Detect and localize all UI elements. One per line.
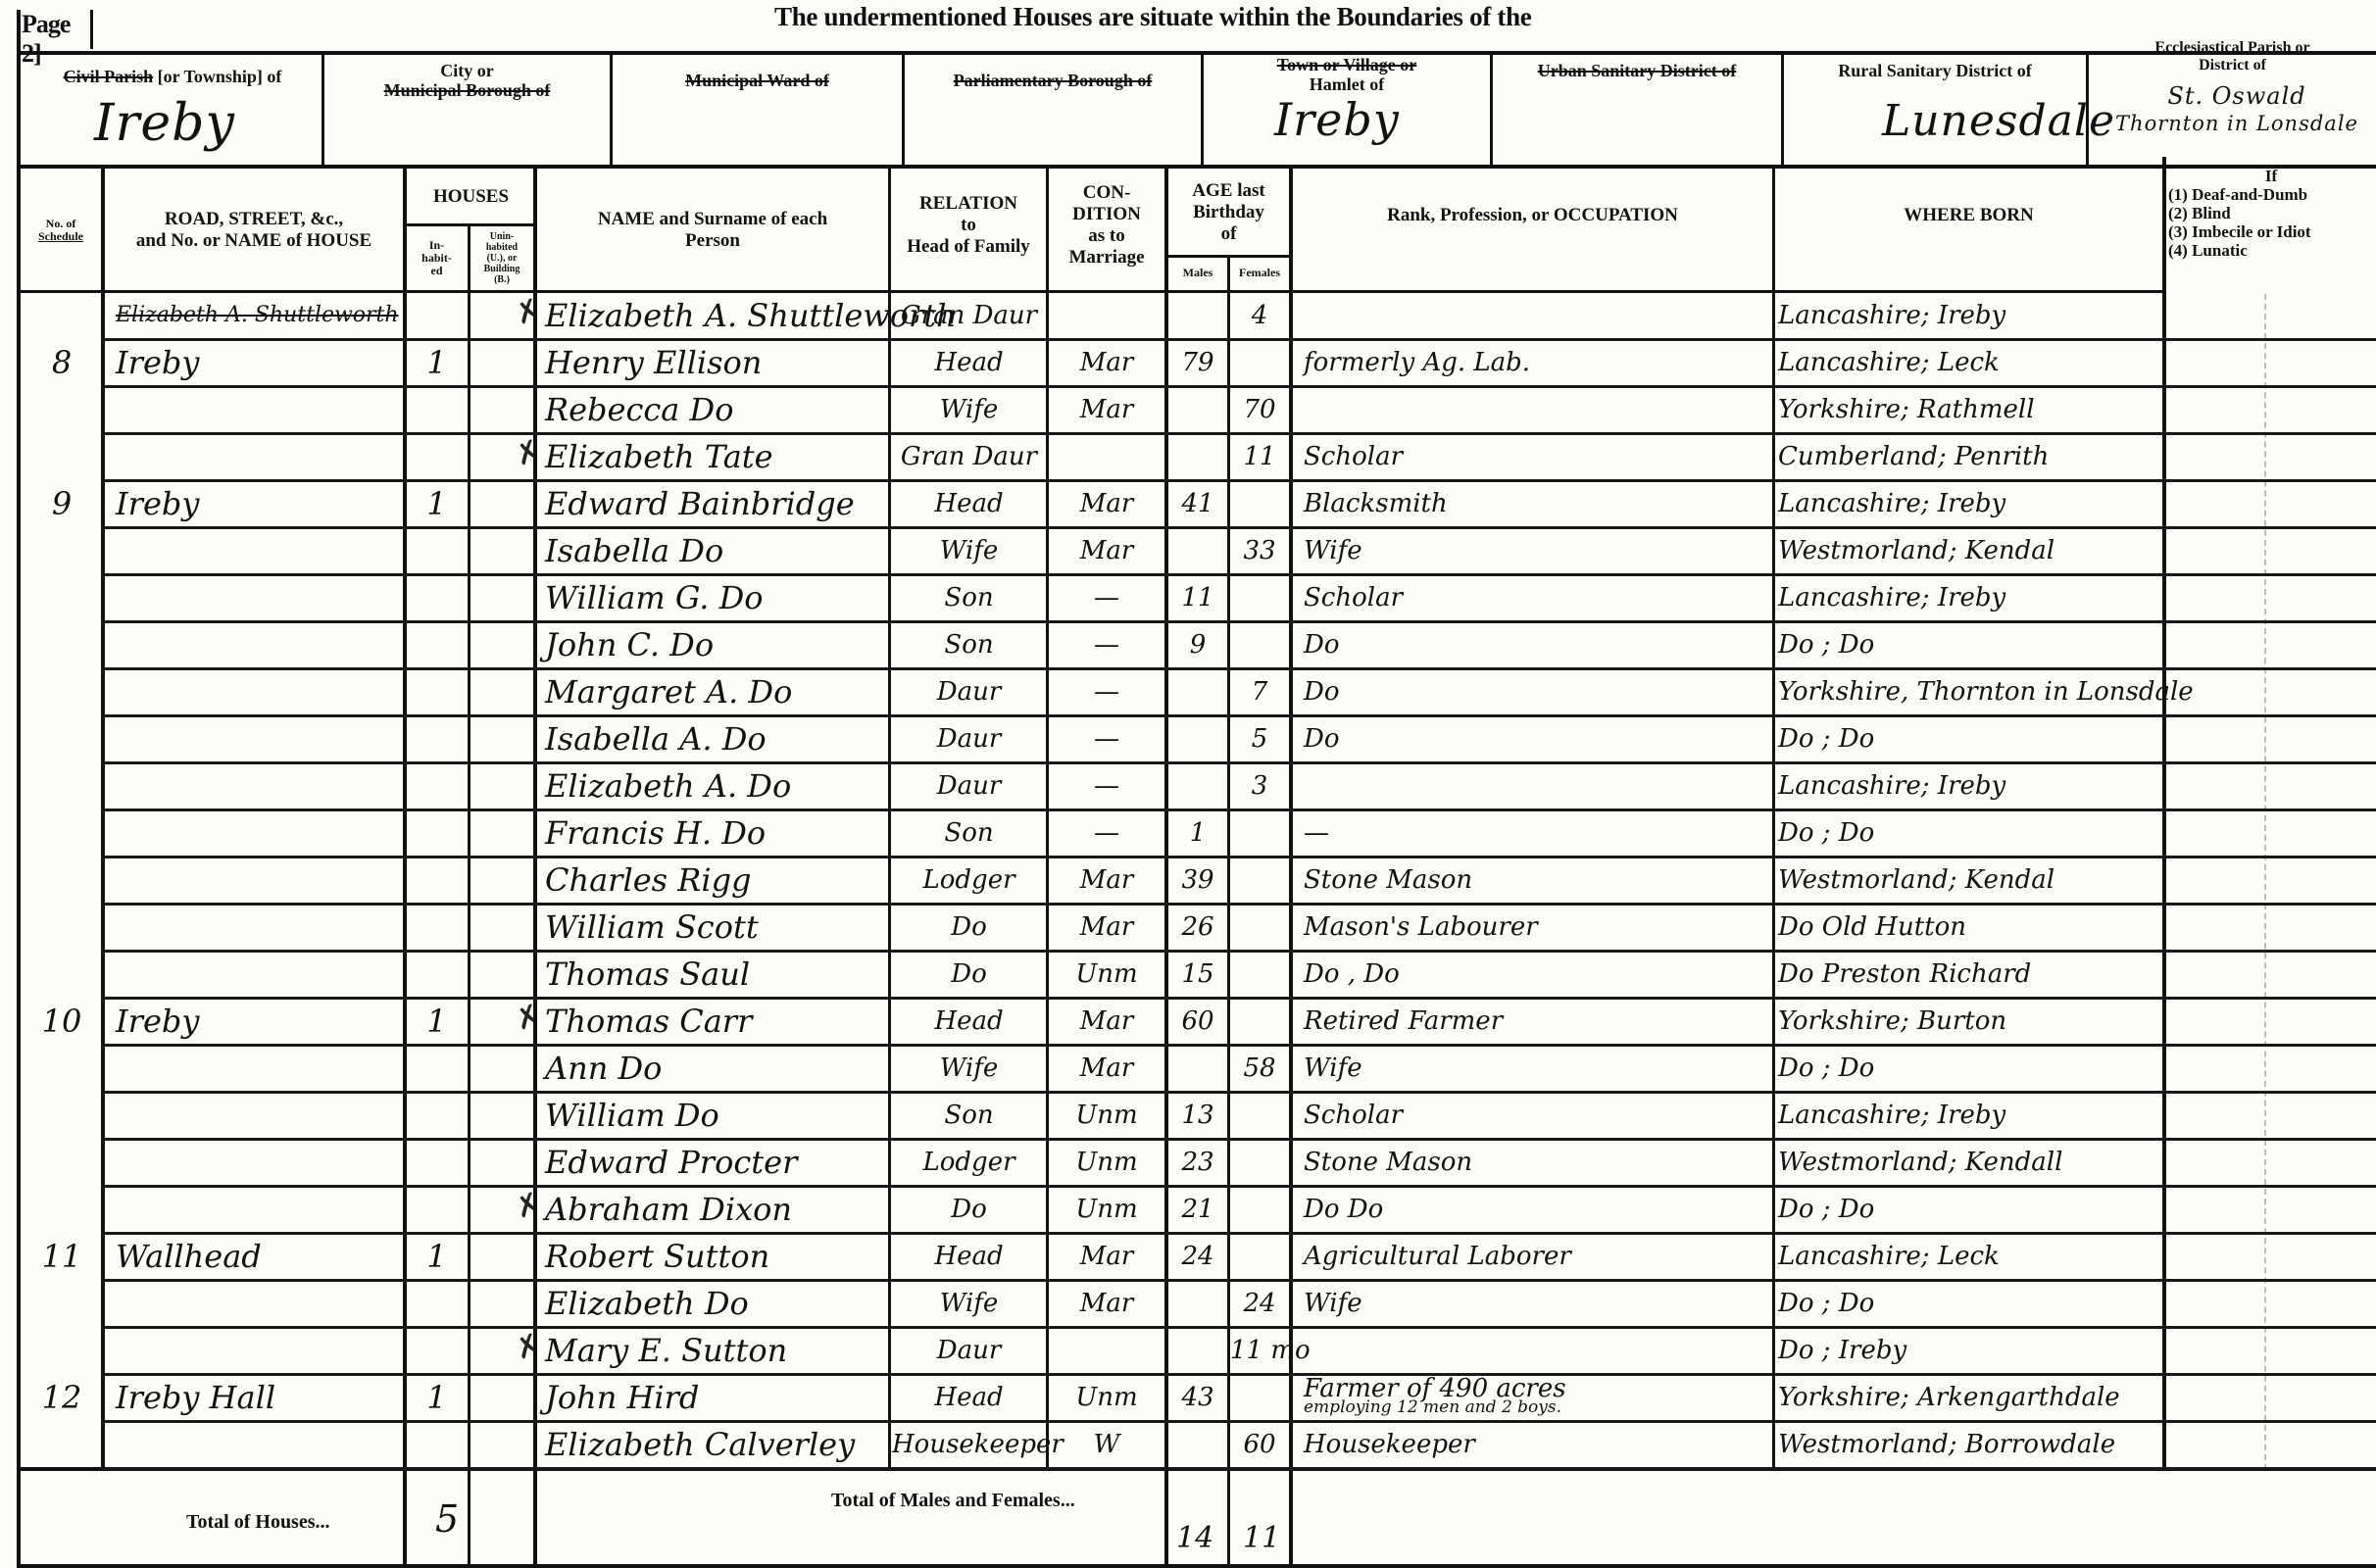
row-schedule — [24, 763, 100, 810]
row-condition: Unm — [1049, 1187, 1164, 1234]
row-female-age — [1230, 1234, 1289, 1281]
row-occupation: Mason's Labourer — [1304, 905, 1772, 952]
row-where-born: Westmorland; Kendall — [1778, 1140, 2162, 1187]
row-occupation: Wife — [1304, 528, 1772, 575]
row-road: Ireby — [116, 999, 400, 1046]
col-uninhabited-l2: habited — [486, 242, 518, 253]
row-schedule — [24, 952, 100, 999]
row-name: Thomas Saul — [545, 952, 888, 999]
row-name: Edward Procter — [545, 1140, 888, 1187]
row-schedule — [24, 293, 100, 340]
row-occupation: — — [1304, 810, 1772, 857]
row-female-age: 60 — [1230, 1422, 1289, 1469]
row-name: Elizabeth Do — [545, 1281, 888, 1328]
row-road — [116, 669, 400, 716]
row-name: Charles Rigg — [545, 857, 888, 905]
municipal-ward-label: Municipal Ward of — [613, 71, 902, 90]
row-relation: Head — [892, 1375, 1046, 1422]
row-schedule: 8 — [24, 340, 100, 387]
town-value: Ireby — [1274, 93, 1400, 146]
row-occupation: Housekeeper — [1304, 1422, 1772, 1469]
col-header-uninhabited: Unin- habited (U.), or Building (B.) — [470, 227, 533, 288]
total-males-value: 14 — [1176, 1521, 1213, 1555]
rule — [1772, 167, 1775, 1470]
row-inhabited — [406, 1093, 468, 1140]
row-condition: Mar — [1049, 528, 1164, 575]
row-schedule — [24, 669, 100, 716]
row-name: Robert Sutton — [545, 1234, 888, 1281]
row-condition: — — [1049, 716, 1164, 763]
row-relation: Daur — [892, 716, 1046, 763]
row-where-born: Do Old Hutton — [1778, 905, 2162, 952]
row-male-age: 9 — [1168, 622, 1227, 669]
row-condition — [1049, 1328, 1164, 1375]
col-header-relation: RELATION to Head of Family — [891, 186, 1046, 265]
row-road — [116, 528, 400, 575]
ecclesiastical-line1: Ecclesiastical Parish or — [2089, 39, 2376, 57]
row-schedule — [24, 1140, 100, 1187]
row-name: Thomas Carr — [545, 999, 888, 1046]
row-schedule — [24, 905, 100, 952]
row-female-age — [1230, 1140, 1289, 1187]
row-occupation — [1304, 763, 1772, 810]
urban-sanitary-text: Urban Sanitary District of — [1538, 61, 1736, 80]
row-inhabited: 1 — [406, 340, 468, 387]
col-condition-l3: as to — [1088, 225, 1124, 247]
rule — [20, 165, 2376, 169]
row-schedule — [24, 1093, 100, 1140]
total-persons-label: Total of Males and Females... — [831, 1490, 1075, 1512]
row-inhabited — [406, 1328, 468, 1375]
row-road: Wallhead — [116, 1234, 400, 1281]
row-female-age: 11 mo — [1230, 1328, 1289, 1375]
row-schedule — [24, 1328, 100, 1375]
row-inhabited — [406, 1422, 468, 1469]
row-inhabited — [406, 716, 468, 763]
row-name: Isabella Do — [545, 528, 888, 575]
row-schedule — [24, 434, 100, 481]
col-header-name: NAME and Surname of each Person — [537, 196, 888, 265]
row-name: Margaret A. Do — [545, 669, 888, 716]
row-road — [116, 905, 400, 952]
row-condition: Unm — [1049, 1375, 1164, 1422]
row-name: Elizabeth Calverley — [545, 1422, 888, 1469]
civil-parish-rest: [or Township] of — [158, 67, 282, 86]
row-where-born: Westmorland; Borrowdale — [1778, 1422, 2162, 1469]
row-occupation: Agricultural Laborer — [1304, 1234, 1772, 1281]
row-occupation: Do — [1304, 716, 1772, 763]
row-occupation: Stone Mason — [1304, 1140, 1772, 1187]
infirmity-2: (2) Blind — [2168, 204, 2374, 222]
col-condition-l1: CON- — [1083, 182, 1131, 204]
row-occupation: Stone Mason — [1304, 857, 1772, 905]
row-male-age: 41 — [1168, 481, 1227, 528]
row-name: John Hird — [545, 1375, 888, 1422]
row-occupation: Scholar — [1304, 434, 1772, 481]
row-condition: — — [1049, 810, 1164, 857]
row-name: Mary E. Sutton — [545, 1328, 888, 1375]
row-male-age — [1168, 434, 1227, 481]
col-header-infirmity: If (1) Deaf-and-Dumb (2) Blind (3) Imbec… — [2168, 167, 2374, 260]
row-where-born: Do ; Do — [1778, 622, 2162, 669]
row-road — [116, 1328, 400, 1375]
row-where-born: Do ; Do — [1778, 1281, 2162, 1328]
row-name: William Scott — [545, 905, 888, 952]
row-inhabited — [406, 1046, 468, 1093]
col-inhabited-l1: In- — [429, 239, 444, 252]
row-where-born: Do Preston Richard — [1778, 952, 2162, 999]
row-female-age — [1230, 952, 1289, 999]
row-male-age — [1168, 1281, 1227, 1328]
row-relation: Gran Daur — [892, 293, 1046, 340]
row-female-age: 11 — [1230, 434, 1289, 481]
civil-parish-value: Ireby — [94, 94, 235, 153]
total-houses-value: 5 — [435, 1497, 459, 1541]
col-name-line2: Person — [685, 230, 740, 252]
row-where-born: Yorkshire; Burton — [1778, 999, 2162, 1046]
row-female-age — [1230, 1187, 1289, 1234]
row-inhabited — [406, 528, 468, 575]
row-female-age: 7 — [1230, 669, 1289, 716]
row-inhabited — [406, 1187, 468, 1234]
row-male-age — [1168, 1328, 1227, 1375]
row-male-age: 26 — [1168, 905, 1227, 952]
row-inhabited — [406, 857, 468, 905]
row-schedule: 10 — [24, 999, 100, 1046]
row-where-born: Do ; Ireby — [1778, 1328, 2162, 1375]
row-schedule — [24, 387, 100, 434]
city-label-line2: Municipal Borough of — [324, 80, 610, 100]
row-relation: Daur — [892, 669, 1046, 716]
row-schedule — [24, 575, 100, 622]
row-condition: Mar — [1049, 999, 1164, 1046]
tick-mark-icon: ✗ — [511, 1186, 546, 1226]
col-age-l3: of — [1221, 223, 1237, 245]
row-male-age: 39 — [1168, 857, 1227, 905]
row-relation: Head — [892, 340, 1046, 387]
row-inhabited — [406, 810, 468, 857]
row-where-born: Lancashire; Ireby — [1778, 293, 2162, 340]
row-condition: Unm — [1049, 952, 1164, 999]
row-condition: W — [1049, 1422, 1164, 1469]
row-road: Ireby Hall — [116, 1375, 400, 1422]
row-relation: Head — [892, 1234, 1046, 1281]
row-condition — [1049, 293, 1164, 340]
rule — [2162, 157, 2166, 1470]
row-inhabited — [406, 293, 468, 340]
col-header-inhabited: In- habit- ed — [406, 227, 468, 288]
city-label: City or Municipal Borough of — [324, 61, 610, 100]
row-where-born: Yorkshire; Rathmell — [1778, 387, 2162, 434]
rule — [101, 167, 105, 1470]
row-condition: — — [1049, 763, 1164, 810]
row-condition: Mar — [1049, 481, 1164, 528]
col-uninhabited-l1: Unin- — [490, 231, 514, 242]
row-where-born: Lancashire; Ireby — [1778, 575, 2162, 622]
row-road — [116, 1422, 400, 1469]
rule — [403, 223, 536, 226]
row-where-born: Cumberland; Penrith — [1778, 434, 2162, 481]
row-relation: Do — [892, 905, 1046, 952]
col-header-schedule: No. of Schedule — [21, 196, 101, 265]
col-uninhabited-l4: Building — [484, 264, 520, 274]
row-occupation: Wife — [1304, 1046, 1772, 1093]
row-female-age: 24 — [1230, 1281, 1289, 1328]
row-inhabited — [406, 434, 468, 481]
rule — [468, 225, 470, 1568]
row-male-age — [1168, 387, 1227, 434]
row-name: Edward Bainbridge — [545, 481, 888, 528]
row-road — [116, 1140, 400, 1187]
rule — [20, 51, 2376, 55]
row-relation: Son — [892, 622, 1046, 669]
row-relation: Son — [892, 575, 1046, 622]
row-inhabited — [406, 387, 468, 434]
row-where-born: Do ; Do — [1778, 1187, 2162, 1234]
infirmity-if: If — [2168, 167, 2374, 185]
row-name: Isabella A. Do — [545, 716, 888, 763]
row-schedule — [24, 716, 100, 763]
row-relation: Head — [892, 999, 1046, 1046]
tick-mark-icon: ✗ — [511, 433, 546, 473]
infirmity-3: (3) Imbecile or Idiot — [2168, 222, 2374, 241]
town-label: Town or Village or Hamlet of — [1204, 55, 1490, 94]
col-relation-l3: Head of Family — [907, 236, 1030, 258]
row-road: Ireby — [116, 340, 400, 387]
row-where-born: Yorkshire, Thornton in Lonsdale — [1778, 669, 2162, 716]
row-occupation: Do — [1304, 622, 1772, 669]
row-road — [116, 1187, 400, 1234]
row-female-age: 70 — [1230, 387, 1289, 434]
row-male-age — [1168, 669, 1227, 716]
col-uninhabited-l5: (B.) — [494, 274, 510, 285]
row-relation: Daur — [892, 763, 1046, 810]
row-inhabited: 1 — [406, 481, 468, 528]
town-label-line1: Town or Village or — [1204, 55, 1490, 74]
total-houses-label: Total of Houses... — [186, 1511, 330, 1534]
row-female-age — [1230, 1375, 1289, 1422]
col-header-road: ROAD, STREET, &c., and No. or NAME of HO… — [105, 196, 403, 265]
row-name: Abraham Dixon — [545, 1187, 888, 1234]
row-female-age — [1230, 857, 1289, 905]
city-label-line1: City or — [324, 61, 610, 80]
col-header-where-born: WHERE BORN — [1775, 186, 2162, 245]
row-name: Elizabeth A. Do — [545, 763, 888, 810]
row-road — [116, 387, 400, 434]
row-relation: Son — [892, 810, 1046, 857]
row-occupation — [1304, 293, 1772, 340]
rural-sanitary-text: Rural Sanitary District of — [1838, 61, 2031, 80]
municipal-ward-text: Municipal Ward of — [685, 71, 829, 90]
row-female-age — [1230, 999, 1289, 1046]
row-road — [116, 810, 400, 857]
row-inhabited — [406, 905, 468, 952]
row-name: Elizabeth A. Shuttleworth — [545, 293, 888, 340]
row-condition: Mar — [1049, 1234, 1164, 1281]
row-where-born: Lancashire; Leck — [1778, 340, 2162, 387]
row-where-born: Westmorland; Kendal — [1778, 528, 2162, 575]
row-occupation: Blacksmith — [1304, 481, 1772, 528]
row-condition: Mar — [1049, 1046, 1164, 1093]
row-male-age: 21 — [1168, 1187, 1227, 1234]
row-female-age: 3 — [1230, 763, 1289, 810]
row-name: Francis H. Do — [545, 810, 888, 857]
ecclesiastical-value-line2: Thornton in Lonsdale — [2098, 110, 2376, 137]
rule — [1164, 255, 1292, 258]
row-occupation: Wife — [1304, 1281, 1772, 1328]
row-male-age — [1168, 528, 1227, 575]
row-road — [116, 1046, 400, 1093]
row-condition: Mar — [1049, 387, 1164, 434]
col-relation-l2: to — [961, 215, 976, 236]
col-header-females: Females — [1230, 259, 1289, 286]
row-name: William G. Do — [545, 575, 888, 622]
row-male-age: 79 — [1168, 340, 1227, 387]
row-inhabited — [406, 763, 468, 810]
row-relation: Do — [892, 952, 1046, 999]
row-schedule — [24, 810, 100, 857]
row-name: Henry Ellison — [545, 340, 888, 387]
ecclesiastical-label: Ecclesiastical Parish or District of — [2089, 39, 2376, 74]
col-header-houses: HOUSES — [406, 172, 536, 221]
row-male-age: 24 — [1168, 1234, 1227, 1281]
row-relation: Lodger — [892, 857, 1046, 905]
row-occupation: Scholar — [1304, 1093, 1772, 1140]
row-male-age — [1168, 1422, 1227, 1469]
row-schedule — [24, 1281, 100, 1328]
row-occupation: Do , Do — [1304, 952, 1772, 999]
col-header-age: AGE last Birthday of — [1168, 172, 1289, 253]
col-schedule-line2: Schedule — [38, 230, 83, 243]
row-name: William Do — [545, 1093, 888, 1140]
ecclesiastical-value: St. Oswald Thornton in Lonsdale — [2098, 82, 2376, 137]
rural-sanitary-label: Rural Sanitary District of — [1784, 61, 2086, 80]
civil-parish-struck: Civil Parish — [64, 67, 154, 86]
row-occupation: Do Do — [1304, 1187, 1772, 1234]
row-male-age: 23 — [1168, 1140, 1227, 1187]
rule — [20, 1564, 2376, 1568]
parliamentary-borough-label: Parliamentary Borough of — [905, 71, 1201, 90]
row-where-born: Do ; Do — [1778, 1046, 2162, 1093]
row-name: Rebecca Do — [545, 387, 888, 434]
row-road — [116, 716, 400, 763]
ecclesiastical-line2: District of — [2089, 57, 2376, 74]
row-schedule — [24, 528, 100, 575]
tick-mark-icon: ✗ — [511, 998, 546, 1038]
row-name: Elizabeth Tate — [545, 434, 888, 481]
row-male-age: 60 — [1168, 999, 1227, 1046]
infirmity-1: (1) Deaf-and-Dumb — [2168, 185, 2374, 204]
row-male-age: 11 — [1168, 575, 1227, 622]
row-road — [116, 857, 400, 905]
row-road — [116, 434, 400, 481]
row-road — [116, 622, 400, 669]
row-schedule — [24, 1422, 100, 1469]
row-schedule — [24, 1046, 100, 1093]
col-header-condition: CON- DITION as to Marriage — [1049, 176, 1164, 274]
row-condition: Unm — [1049, 1140, 1164, 1187]
row-relation: Do — [892, 1187, 1046, 1234]
row-road — [116, 952, 400, 999]
page-label: Page 2] — [22, 10, 93, 49]
row-inhabited — [406, 1140, 468, 1187]
infirmity-4: (4) Lunatic — [2168, 241, 2374, 260]
row-inhabited — [406, 952, 468, 999]
row-male-age: 15 — [1168, 952, 1227, 999]
col-inhabited-l3: ed — [431, 265, 443, 277]
col-uninhabited-l3: (U.), or — [487, 253, 518, 264]
row-female-age — [1230, 340, 1289, 387]
total-females-value: 11 — [1243, 1521, 1280, 1555]
row-where-born: Lancashire; Ireby — [1778, 763, 2162, 810]
row-condition: — — [1049, 622, 1164, 669]
row-occupation: formerly Ag. Lab. — [1304, 340, 1772, 387]
row-road — [116, 575, 400, 622]
row-condition: Mar — [1049, 1281, 1164, 1328]
row-female-age: 33 — [1230, 528, 1289, 575]
row-female-age — [1230, 905, 1289, 952]
row-relation: Gran Daur — [892, 434, 1046, 481]
col-header-males: Males — [1168, 259, 1227, 286]
row-where-born: Yorkshire; Arkengarthdale — [1778, 1375, 2162, 1422]
col-road-line2: and No. or NAME of HOUSE — [136, 230, 371, 252]
row-schedule — [24, 857, 100, 905]
civil-parish-label: Civil Parish [or Township] of — [24, 67, 322, 86]
row-schedule: 11 — [24, 1234, 100, 1281]
row-condition: Mar — [1049, 905, 1164, 952]
faint-grid — [2264, 294, 2266, 1470]
col-road-line1: ROAD, STREET, &c., — [165, 209, 343, 230]
row-inhabited — [406, 1281, 468, 1328]
row-where-born: Do ; Do — [1778, 716, 2162, 763]
row-inhabited — [406, 622, 468, 669]
row-relation: Daur — [892, 1328, 1046, 1375]
row-female-age: 5 — [1230, 716, 1289, 763]
col-condition-l2: DITION — [1072, 204, 1141, 225]
row-male-age — [1168, 1046, 1227, 1093]
row-female-age — [1230, 1093, 1289, 1140]
row-condition — [1049, 434, 1164, 481]
col-header-occupation: Rank, Profession, or OCCUPATION — [1293, 186, 1772, 245]
ecclesiastical-value-line1: St. Oswald — [2098, 82, 2376, 110]
row-condition: Mar — [1049, 340, 1164, 387]
parliamentary-borough-text: Parliamentary Borough of — [954, 71, 1153, 90]
row-occupation: Retired Farmer — [1304, 999, 1772, 1046]
row-occupation — [1304, 1328, 1772, 1375]
row-road — [116, 763, 400, 810]
row-relation: Wife — [892, 1046, 1046, 1093]
row-male-age — [1168, 763, 1227, 810]
row-inhabited: 1 — [406, 1234, 468, 1281]
row-male-age — [1168, 293, 1227, 340]
row-female-age — [1230, 481, 1289, 528]
row-female-age — [1230, 622, 1289, 669]
row-occupation: Do — [1304, 669, 1772, 716]
town-label-line2: Hamlet of — [1204, 74, 1490, 94]
tick-mark-icon: ✗ — [511, 1327, 546, 1367]
census-page: Page 2] The undermentioned Houses are si… — [0, 0, 2376, 1568]
row-inhabited — [406, 575, 468, 622]
row-relation: Son — [892, 1093, 1046, 1140]
row-relation: Wife — [892, 1281, 1046, 1328]
col-relation-l1: RELATION — [919, 193, 1017, 215]
row-relation: Head — [892, 481, 1046, 528]
row-schedule — [24, 622, 100, 669]
row-where-born: Westmorland; Kendal — [1778, 857, 2162, 905]
row-where-born: Lancashire; Leck — [1778, 1234, 2162, 1281]
row-where-born: Lancashire; Ireby — [1778, 1093, 2162, 1140]
row-inhabited: 1 — [406, 1375, 468, 1422]
